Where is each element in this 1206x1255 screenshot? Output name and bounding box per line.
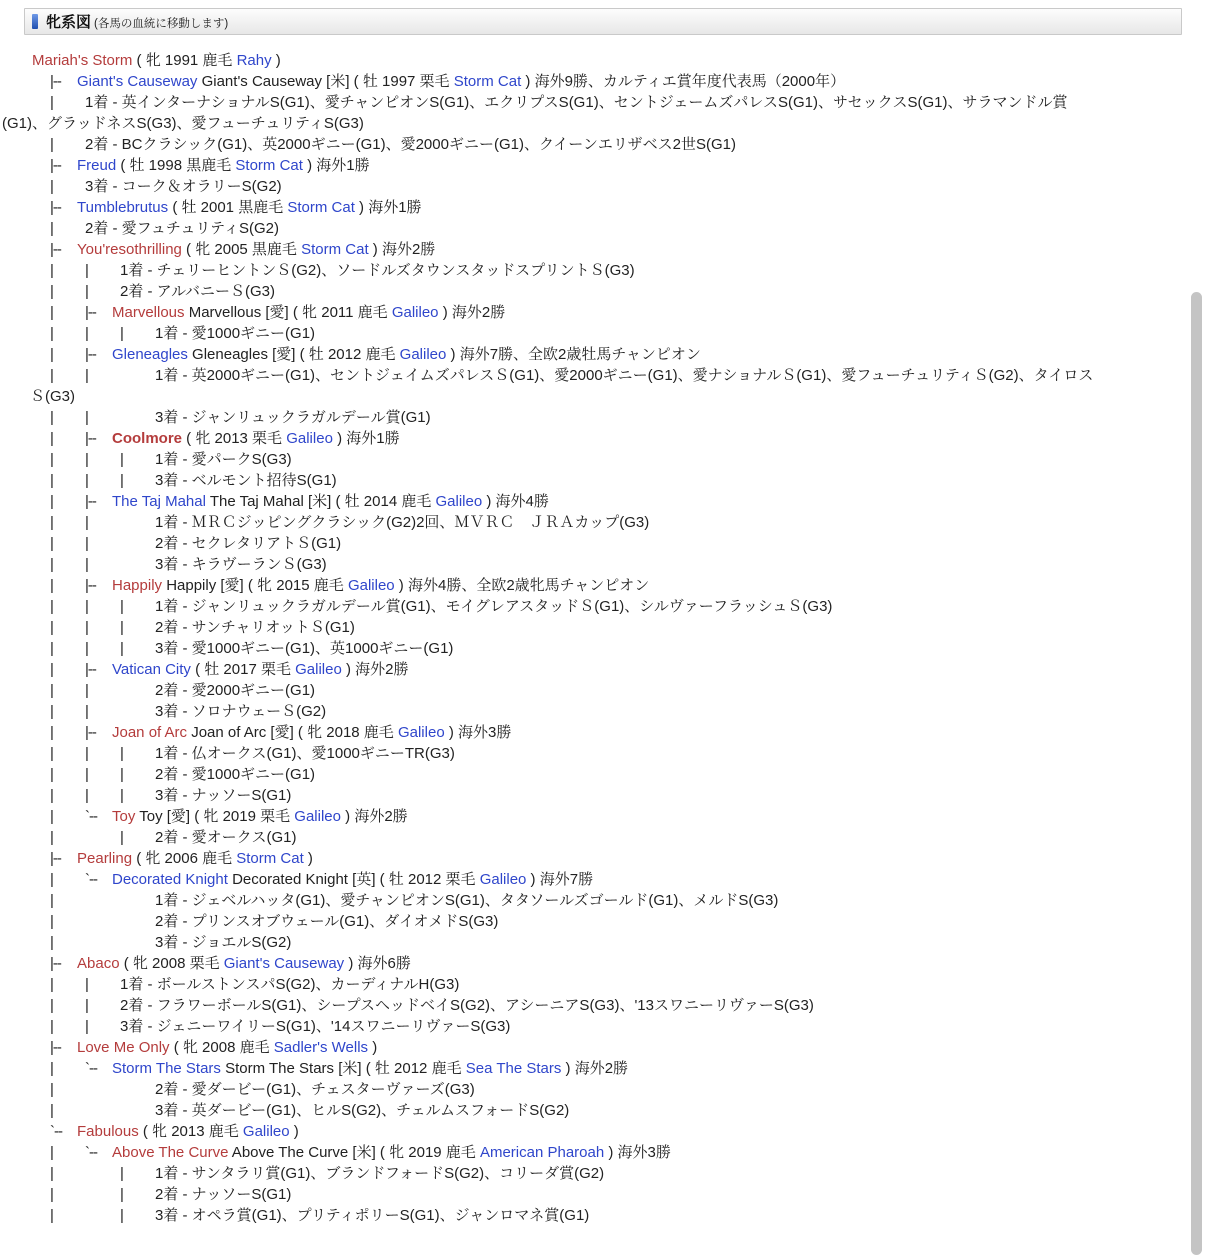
line-text: 2着 - 愛2000ギニー(G1) xyxy=(155,682,315,699)
line-text: 1着 - ＭＲＣジッピングクラシック(G2)2回、ＭＶＲＣ ＪＲＡカップ(G3) xyxy=(155,514,649,531)
tree-pipe: | xyxy=(50,1100,85,1121)
pedigree-line: ||--Vatican City ( 牡 2017 栗毛 Galileo ) 海… xyxy=(0,659,1206,680)
horse-link[interactable]: Coolmore xyxy=(112,430,182,447)
tree-pipe: | xyxy=(50,1142,85,1163)
tree-pipe: | xyxy=(50,491,85,512)
tree-pipe: | xyxy=(85,974,120,995)
pedigree-line: ||1着 - ボールストンスパS(G2)、カーディナルH(G3) xyxy=(0,974,1206,995)
horse-link[interactable]: Sadler's Wells xyxy=(274,1039,368,1056)
line-text: 2着 - セクレタリアトＳ(G1) xyxy=(155,535,341,552)
line-text: Marvellous [愛] ( 牝 2011 鹿毛 xyxy=(185,304,392,321)
line-text: 1着 - チェリーヒントンＳ(G2)、ソードルズタウンスタッドスプリントＳ(G3… xyxy=(120,262,635,279)
line-text: ) 海外7勝、全欧2歳牡馬チャンピオン xyxy=(446,346,701,363)
line-text: (G1)、グラッドネスS(G3)、愛フューチュリティS(G3) xyxy=(2,115,364,132)
horse-link[interactable]: Happily xyxy=(112,577,162,594)
tree-branch: |-- xyxy=(85,659,112,680)
tree-pipe: | xyxy=(50,596,85,617)
pedigree-line: ||2着 - 愛2000ギニー(G1) xyxy=(0,680,1206,701)
tree-pipe: | xyxy=(50,512,85,533)
tree-pipe: | xyxy=(85,407,120,428)
line-text: ) 海外2勝 xyxy=(561,1060,628,1077)
line-text: Gleneagles [愛] ( 牡 2012 鹿毛 xyxy=(188,346,400,363)
line-text: 1着 - 仏オークス(G1)、愛1000ギニーTR(G3) xyxy=(155,745,455,762)
tree-pipe: | xyxy=(120,596,155,617)
horse-link[interactable]: Rahy xyxy=(237,52,272,69)
tree-branch-last: `-- xyxy=(85,1142,112,1163)
tree-pipe: | xyxy=(85,638,120,659)
pedigree-line: |1着 - ジェベルハッタ(G1)、愛チャンピオンS(G1)、タタソールズゴール… xyxy=(0,890,1206,911)
line-text: ( 牝 2013 鹿毛 xyxy=(139,1123,243,1140)
horse-link[interactable]: Above The Curve xyxy=(112,1144,228,1161)
pedigree-line: ||3着 - オペラ賞(G1)、プリティポリーS(G1)、ジャンロマネ賞(G1) xyxy=(0,1205,1206,1226)
tree-pipe: | xyxy=(120,449,155,470)
tree-pipe: | xyxy=(50,302,85,323)
page-title: 牝系図 xyxy=(46,11,91,32)
horse-link[interactable]: Vatican City xyxy=(112,661,191,678)
pedigree-line: `--Fabulous ( 牝 2013 鹿毛 Galileo ) xyxy=(0,1121,1206,1142)
scrollbar-thumb[interactable] xyxy=(1191,292,1202,1255)
line-text: Happily [愛] ( 牝 2015 鹿毛 xyxy=(162,577,348,594)
tree-pipe: | xyxy=(50,932,85,953)
line-text: Storm The Stars [米] ( 牡 2012 鹿毛 xyxy=(221,1060,466,1077)
tree-pipe: | xyxy=(85,617,120,638)
horse-link[interactable]: Pearling xyxy=(77,850,132,867)
horse-link[interactable]: Marvellous xyxy=(112,304,185,321)
line-text: 2着 - プリンスオブウェール(G1)、ダイオメドS(G3) xyxy=(155,913,498,930)
horse-link[interactable]: Galileo xyxy=(243,1123,290,1140)
tree-pipe: | xyxy=(50,827,85,848)
line-text: ( 牡 1998 黒鹿毛 xyxy=(116,157,235,174)
tree-pipe: | xyxy=(120,1205,155,1226)
line-text: ) 海外9勝、カルティエ賞年度代表馬（2000年） xyxy=(521,73,845,90)
tree-pipe: | xyxy=(50,995,85,1016)
pedigree-line: ||2着 - セクレタリアトＳ(G1) xyxy=(0,533,1206,554)
tree-pipe: | xyxy=(85,680,120,701)
tree-pipe: | xyxy=(85,764,120,785)
horse-link[interactable]: Giant's Causeway xyxy=(77,73,197,90)
tree-pipe: | xyxy=(85,785,120,806)
tree-pipe: | xyxy=(50,407,85,428)
horse-link[interactable]: Decorated Knight xyxy=(112,871,228,888)
tree-pipe: | xyxy=(50,323,85,344)
horse-link[interactable]: Mariah's Storm xyxy=(32,52,132,69)
pedigree-line: |--Love Me Only ( 牝 2008 鹿毛 Sadler's Wel… xyxy=(0,1037,1206,1058)
tree-pipe: | xyxy=(120,827,155,848)
pedigree-line: |`--Above The Curve Above The Curve [米] … xyxy=(0,1142,1206,1163)
pedigree-line: ||--Coolmore ( 牝 2013 栗毛 Galileo ) 海外1勝 xyxy=(0,428,1206,449)
tree-pipe: | xyxy=(85,533,120,554)
line-text: ) 海外2勝 xyxy=(369,241,436,258)
tree-pipe: | xyxy=(85,449,120,470)
tree-pipe: | xyxy=(50,722,85,743)
horse-link[interactable]: Galileo xyxy=(392,304,439,321)
pedigree-line: Ｓ(G3) xyxy=(0,386,1206,407)
line-text: 1着 - 愛1000ギニー(G1) xyxy=(155,325,315,342)
tree-pipe: | xyxy=(50,764,85,785)
tree-pipe: | xyxy=(50,638,85,659)
line-text: 3着 - ナッソーS(G1) xyxy=(155,787,291,804)
pedigree-line: ||3着 - キラヴーランＳ(G3) xyxy=(0,554,1206,575)
horse-link[interactable]: Giant's Causeway xyxy=(224,955,344,972)
line-text: ) 海外2勝 xyxy=(342,661,409,678)
line-text: 3着 - オペラ賞(G1)、プリティポリーS(G1)、ジャンロマネ賞(G1) xyxy=(155,1207,589,1224)
line-text: 3着 - ジョエルS(G2) xyxy=(155,934,291,951)
pedigree-line: ||--The Taj Mahal The Taj Mahal [米] ( 牡 … xyxy=(0,491,1206,512)
tree-pipe: | xyxy=(50,701,85,722)
pedigree-line: |--Pearling ( 牝 2006 鹿毛 Storm Cat ) xyxy=(0,848,1206,869)
pedigree-line: |--Freud ( 牡 1998 黒鹿毛 Storm Cat ) 海外1勝 xyxy=(0,155,1206,176)
pedigree-tree: Mariah's Storm ( 牝 1991 鹿毛 Rahy )|--Gian… xyxy=(0,50,1206,1226)
line-text: 3着 - コーク＆オラリーS(G2) xyxy=(85,178,282,195)
line-text: ) 海外2勝 xyxy=(439,304,506,321)
horse-link[interactable]: Fabulous xyxy=(77,1123,139,1140)
line-text: 3着 - ジャンリュックラガルデール賞(G1) xyxy=(155,409,431,426)
tree-pipe: | xyxy=(120,1163,155,1184)
tree-pipe: | xyxy=(50,911,85,932)
accent-bar-icon xyxy=(32,14,38,29)
tree-pipe: | xyxy=(120,323,155,344)
pedigree-line: ||3着 - ジェニーワイリーS(G1)、'14スワニーリヴァーS(G3) xyxy=(0,1016,1206,1037)
pedigree-line: |||1着 - 愛パークS(G3) xyxy=(0,449,1206,470)
tree-branch-last: `-- xyxy=(85,1058,112,1079)
line-text: 2着 - 愛フュチュリティS(G2) xyxy=(85,220,279,237)
tree-pipe: | xyxy=(50,281,85,302)
tree-branch: |-- xyxy=(85,344,112,365)
pedigree-line: ||--Happily Happily [愛] ( 牝 2015 鹿毛 Gali… xyxy=(0,575,1206,596)
pedigree-line: |`--Decorated Knight Decorated Knight [英… xyxy=(0,869,1206,890)
pedigree-line: ||1着 - サンタラリ賞(G1)、ブランドフォードS(G2)、コリーダ賞(G2… xyxy=(0,1163,1206,1184)
tree-branch: |-- xyxy=(50,848,77,869)
line-text: 1着 - 英2000ギニー(G1)、セントジェイムズパレスＳ(G1)、愛2000… xyxy=(155,367,1093,384)
pedigree-line: |||3着 - 愛1000ギニー(G1)、英1000ギニー(G1) xyxy=(0,638,1206,659)
tree-pipe: | xyxy=(85,281,120,302)
tree-branch: |-- xyxy=(50,239,77,260)
line-text: ( 牝 2013 栗毛 xyxy=(182,430,286,447)
pedigree-line: |--Giant's Causeway Giant's Causeway [米]… xyxy=(0,71,1206,92)
tree-pipe: | xyxy=(120,470,155,491)
line-text: 2着 - サンチャリオットＳ(G1) xyxy=(155,619,355,636)
pedigree-line: |||3着 - ベルモント招待S(G1) xyxy=(0,470,1206,491)
line-text: ) xyxy=(304,850,313,867)
horse-link[interactable]: Galileo xyxy=(294,808,341,825)
horse-link[interactable]: Sea The Stars xyxy=(466,1060,562,1077)
tree-pipe: | xyxy=(120,743,155,764)
tree-pipe: | xyxy=(85,260,120,281)
tree-pipe: | xyxy=(50,344,85,365)
tree-pipe: | xyxy=(50,1184,85,1205)
tree-pipe: | xyxy=(50,1058,85,1079)
line-text: ) 海外1勝 xyxy=(355,199,422,216)
horse-link[interactable]: Galileo xyxy=(398,724,445,741)
line-text: 2着 - フラワーボールS(G1)、シープスヘッドベイS(G2)、アシーニアS(… xyxy=(120,997,814,1014)
line-text: ( 牝 2008 鹿毛 xyxy=(170,1039,274,1056)
tree-pipe: | xyxy=(50,575,85,596)
horse-link[interactable]: Galileo xyxy=(436,493,483,510)
tree-pipe: | xyxy=(50,365,85,386)
pedigree-line: |||1着 - 仏オークス(G1)、愛1000ギニーTR(G3) xyxy=(0,743,1206,764)
line-text: ( 牡 2001 黒鹿毛 xyxy=(168,199,287,216)
line-text: 3着 - ベルモント招待S(G1) xyxy=(155,472,337,489)
pedigree-line: |1着 - 英インターナショナルS(G1)、愛チャンピオンS(G1)、エクリプス… xyxy=(0,92,1206,113)
line-text: ) 海外6勝 xyxy=(344,955,411,972)
tree-pipe: | xyxy=(50,659,85,680)
horse-link[interactable]: Abaco xyxy=(77,955,120,972)
tree-pipe: | xyxy=(120,1184,155,1205)
line-text: 2着 - BCクラシック(G1)、英2000ギニー(G1)、愛2000ギニー(G… xyxy=(85,136,736,153)
tree-pipe: | xyxy=(50,134,85,155)
horse-link[interactable]: Gleneagles xyxy=(112,346,188,363)
horse-link[interactable]: Storm Cat xyxy=(454,73,522,90)
tree-pipe: | xyxy=(85,554,120,575)
line-text: 1着 - 愛パークS(G3) xyxy=(155,451,292,468)
line-text: ) 海外3勝 xyxy=(445,724,512,741)
pedigree-line: ||1着 - ＭＲＣジッピングクラシック(G2)2回、ＭＶＲＣ ＪＲＡカップ(G… xyxy=(0,512,1206,533)
tree-pipe: | xyxy=(50,176,85,197)
line-text: 2着 - 愛1000ギニー(G1) xyxy=(155,766,315,783)
pedigree-line: |2着 - 愛ダービー(G1)、チェスターヴァーズ(G3) xyxy=(0,1079,1206,1100)
page-subtitle: (各馬の血統に移動します) xyxy=(94,15,228,31)
pedigree-line: |||2着 - 愛1000ギニー(G1) xyxy=(0,764,1206,785)
line-text: 2着 - 愛ダービー(G1)、チェスターヴァーズ(G3) xyxy=(155,1081,475,1098)
horse-link[interactable]: You'resothrilling xyxy=(77,241,182,258)
tree-branch: |-- xyxy=(85,302,112,323)
line-text: ( 牡 2017 栗毛 xyxy=(191,661,295,678)
horse-link[interactable]: Storm Cat xyxy=(235,157,303,174)
section-header: 牝系図 (各馬の血統に移動します) xyxy=(24,8,1182,35)
pedigree-line: |3着 - ジョエルS(G2) xyxy=(0,932,1206,953)
line-text: ) 海外1勝 xyxy=(303,157,370,174)
tree-pipe: | xyxy=(50,554,85,575)
tree-branch-last: `-- xyxy=(85,806,112,827)
tree-pipe: | xyxy=(50,890,85,911)
pedigree-line: |2着 - 愛フュチュリティS(G2) xyxy=(0,218,1206,239)
tree-pipe: | xyxy=(85,995,120,1016)
line-text: 3着 - ソロナウェーＳ(G2) xyxy=(155,703,326,720)
horse-link[interactable]: Storm Cat xyxy=(236,850,304,867)
tree-branch: |-- xyxy=(50,155,77,176)
pedigree-line: |`--Toy Toy [愛] ( 牝 2019 栗毛 Galileo ) 海外… xyxy=(0,806,1206,827)
tree-pipe: | xyxy=(50,869,85,890)
horse-link[interactable]: Storm The Stars xyxy=(112,1060,221,1077)
tree-pipe: | xyxy=(50,806,85,827)
tree-pipe: | xyxy=(85,512,120,533)
pedigree-line: |--Abaco ( 牝 2008 栗毛 Giant's Causeway ) … xyxy=(0,953,1206,974)
pedigree-line: |||1着 - ジャンリュックラガルデール賞(G1)、モイグレアスタッドＳ(G1… xyxy=(0,596,1206,617)
tree-pipe: | xyxy=(50,449,85,470)
pedigree-line: |3着 - 英ダービー(G1)、ヒルS(G2)、チェルムスフォードS(G2) xyxy=(0,1100,1206,1121)
pedigree-line: ||--Joan of Arc Joan of Arc [愛] ( 牝 2018… xyxy=(0,722,1206,743)
tree-pipe: | xyxy=(50,1205,85,1226)
horse-link[interactable]: American Pharoah xyxy=(480,1144,604,1161)
horse-link[interactable]: Joan of Arc xyxy=(112,724,187,741)
tree-pipe: | xyxy=(120,617,155,638)
tree-branch: |-- xyxy=(50,1037,77,1058)
line-text: ) 海外2勝 xyxy=(341,808,408,825)
horse-link[interactable]: Galileo xyxy=(400,346,447,363)
pedigree-line: ||2着 - アルバニーＳ(G3) xyxy=(0,281,1206,302)
pedigree-line: Mariah's Storm ( 牝 1991 鹿毛 Rahy ) xyxy=(0,50,1206,71)
horse-link[interactable]: Love Me Only xyxy=(77,1039,170,1056)
pedigree-line: |||2着 - サンチャリオットＳ(G1) xyxy=(0,617,1206,638)
tree-branch: |-- xyxy=(50,71,77,92)
line-text: Toy [愛] ( 牝 2019 栗毛 xyxy=(135,808,294,825)
horse-link[interactable]: Galileo xyxy=(480,871,527,888)
tree-pipe: | xyxy=(50,1079,85,1100)
tree-branch: |-- xyxy=(50,197,77,218)
tree-pipe: | xyxy=(50,743,85,764)
horse-link[interactable]: Galileo xyxy=(286,430,333,447)
pedigree-line: ||2着 - フラワーボールS(G1)、シープスヘッドベイS(G2)、アシーニア… xyxy=(0,995,1206,1016)
tree-branch: |-- xyxy=(85,575,112,596)
pedigree-line: ||--Gleneagles Gleneagles [愛] ( 牡 2012 鹿… xyxy=(0,344,1206,365)
line-text: 3着 - 愛1000ギニー(G1)、英1000ギニー(G1) xyxy=(155,640,453,657)
line-text: ) 海外4勝、全欧2歳牝馬チャンピオン xyxy=(395,577,650,594)
line-text: 1着 - サンタラリ賞(G1)、ブランドフォードS(G2)、コリーダ賞(G2) xyxy=(155,1165,604,1182)
pedigree-line: |3着 - コーク＆オラリーS(G2) xyxy=(0,176,1206,197)
tree-pipe: | xyxy=(50,680,85,701)
horse-link[interactable]: Galileo xyxy=(295,661,342,678)
line-text: 1着 - ジャンリュックラガルデール賞(G1)、モイグレアスタッドＳ(G1)、シ… xyxy=(155,598,832,615)
tree-branch: |-- xyxy=(85,491,112,512)
line-text: ( 牝 1991 鹿毛 xyxy=(132,52,236,69)
pedigree-line: |`--Storm The Stars Storm The Stars [米] … xyxy=(0,1058,1206,1079)
tree-pipe: | xyxy=(50,1016,85,1037)
tree-pipe: | xyxy=(50,974,85,995)
tree-pipe: | xyxy=(85,1016,120,1037)
line-text: 2着 - ナッソーS(G1) xyxy=(155,1186,291,1203)
tree-branch-last: `-- xyxy=(85,869,112,890)
horse-link[interactable]: Galileo xyxy=(348,577,395,594)
pedigree-line: |2着 - BCクラシック(G1)、英2000ギニー(G1)、愛2000ギニー(… xyxy=(0,134,1206,155)
tree-pipe: | xyxy=(85,470,120,491)
line-text: The Taj Mahal [米] ( 牡 2014 鹿毛 xyxy=(206,493,436,510)
tree-pipe: | xyxy=(50,92,85,113)
tree-pipe: | xyxy=(50,617,85,638)
line-text: Giant's Causeway [米] ( 牡 1997 栗毛 xyxy=(197,73,453,90)
horse-link[interactable]: Storm Cat xyxy=(301,241,369,258)
line-text: ) 海外4勝 xyxy=(482,493,549,510)
line-text: ) xyxy=(368,1039,377,1056)
line-text: 2着 - アルバニーＳ(G3) xyxy=(120,283,275,300)
line-text: Joan of Arc [愛] ( 牝 2018 鹿毛 xyxy=(187,724,398,741)
tree-pipe: | xyxy=(85,365,120,386)
tree-pipe: | xyxy=(50,428,85,449)
line-text: Ｓ(G3) xyxy=(30,388,75,405)
tree-pipe: | xyxy=(50,260,85,281)
pedigree-line: |2着 - プリンスオブウェール(G1)、ダイオメドS(G3) xyxy=(0,911,1206,932)
line-text: Decorated Knight [英] ( 牡 2012 栗毛 xyxy=(228,871,480,888)
tree-pipe: | xyxy=(50,785,85,806)
line-text: ) 海外3勝 xyxy=(604,1144,671,1161)
pedigree-line: |--You'resothrilling ( 牝 2005 黒鹿毛 Storm … xyxy=(0,239,1206,260)
line-text: 1着 - ボールストンスパS(G2)、カーディナルH(G3) xyxy=(120,976,459,993)
tree-branch: |-- xyxy=(50,953,77,974)
tree-pipe: | xyxy=(120,638,155,659)
tree-branch: |-- xyxy=(85,428,112,449)
pedigree-line: ||1着 - チェリーヒントンＳ(G2)、ソードルズタウンスタッドスプリントＳ(… xyxy=(0,260,1206,281)
line-text: 1着 - 英インターナショナルS(G1)、愛チャンピオンS(G1)、エクリプスS… xyxy=(85,94,1068,111)
line-text: Above The Curve [米] ( 牝 2019 鹿毛 xyxy=(228,1144,480,1161)
tree-branch-last: `-- xyxy=(50,1121,77,1142)
tree-pipe: | xyxy=(85,323,120,344)
horse-link[interactable]: Tumblebrutus xyxy=(77,199,168,216)
horse-link[interactable]: Storm Cat xyxy=(287,199,355,216)
pedigree-line: |||3着 - ナッソーS(G1) xyxy=(0,785,1206,806)
line-text: 1着 - ジェベルハッタ(G1)、愛チャンピオンS(G1)、タタソールズゴールド… xyxy=(155,892,778,909)
line-text: ) xyxy=(272,52,281,69)
line-text: ) 海外7勝 xyxy=(526,871,593,888)
tree-pipe: | xyxy=(50,470,85,491)
pedigree-line: ||3着 - ソロナウェーＳ(G2) xyxy=(0,701,1206,722)
line-text: 3着 - 英ダービー(G1)、ヒルS(G2)、チェルムスフォードS(G2) xyxy=(155,1102,569,1119)
line-text: 3着 - キラヴーランＳ(G3) xyxy=(155,556,327,573)
tree-pipe: | xyxy=(120,785,155,806)
line-text: ( 牝 2008 栗毛 xyxy=(120,955,224,972)
pedigree-line: ||2着 - 愛オークス(G1) xyxy=(0,827,1206,848)
tree-pipe: | xyxy=(50,1163,85,1184)
pedigree-line: ||3着 - ジャンリュックラガルデール賞(G1) xyxy=(0,407,1206,428)
horse-link[interactable]: Toy xyxy=(112,808,135,825)
pedigree-line: |--Tumblebrutus ( 牡 2001 黒鹿毛 Storm Cat )… xyxy=(0,197,1206,218)
line-text: ) 海外1勝 xyxy=(333,430,400,447)
tree-pipe: | xyxy=(85,743,120,764)
line-text: ) xyxy=(290,1123,299,1140)
horse-link[interactable]: The Taj Mahal xyxy=(112,493,206,510)
pedigree-line: ||2着 - ナッソーS(G1) xyxy=(0,1184,1206,1205)
pedigree-line: |||1着 - 愛1000ギニー(G1) xyxy=(0,323,1206,344)
tree-pipe: | xyxy=(50,218,85,239)
line-text: ( 牝 2005 黒鹿毛 xyxy=(182,241,301,258)
tree-pipe: | xyxy=(85,596,120,617)
line-text: 3着 - ジェニーワイリーS(G1)、'14スワニーリヴァーS(G3) xyxy=(120,1018,510,1035)
line-text: ( 牝 2006 鹿毛 xyxy=(132,850,236,867)
pedigree-line: ||1着 - 英2000ギニー(G1)、セントジェイムズパレスＳ(G1)、愛20… xyxy=(0,365,1206,386)
pedigree-line: ||--Marvellous Marvellous [愛] ( 牝 2011 鹿… xyxy=(0,302,1206,323)
tree-pipe: | xyxy=(85,701,120,722)
pedigree-line: (G1)、グラッドネスS(G3)、愛フューチュリティS(G3) xyxy=(0,113,1206,134)
tree-pipe: | xyxy=(50,533,85,554)
horse-link[interactable]: Freud xyxy=(77,157,116,174)
tree-branch: |-- xyxy=(85,722,112,743)
tree-pipe: | xyxy=(120,764,155,785)
line-text: 2着 - 愛オークス(G1) xyxy=(155,829,297,846)
